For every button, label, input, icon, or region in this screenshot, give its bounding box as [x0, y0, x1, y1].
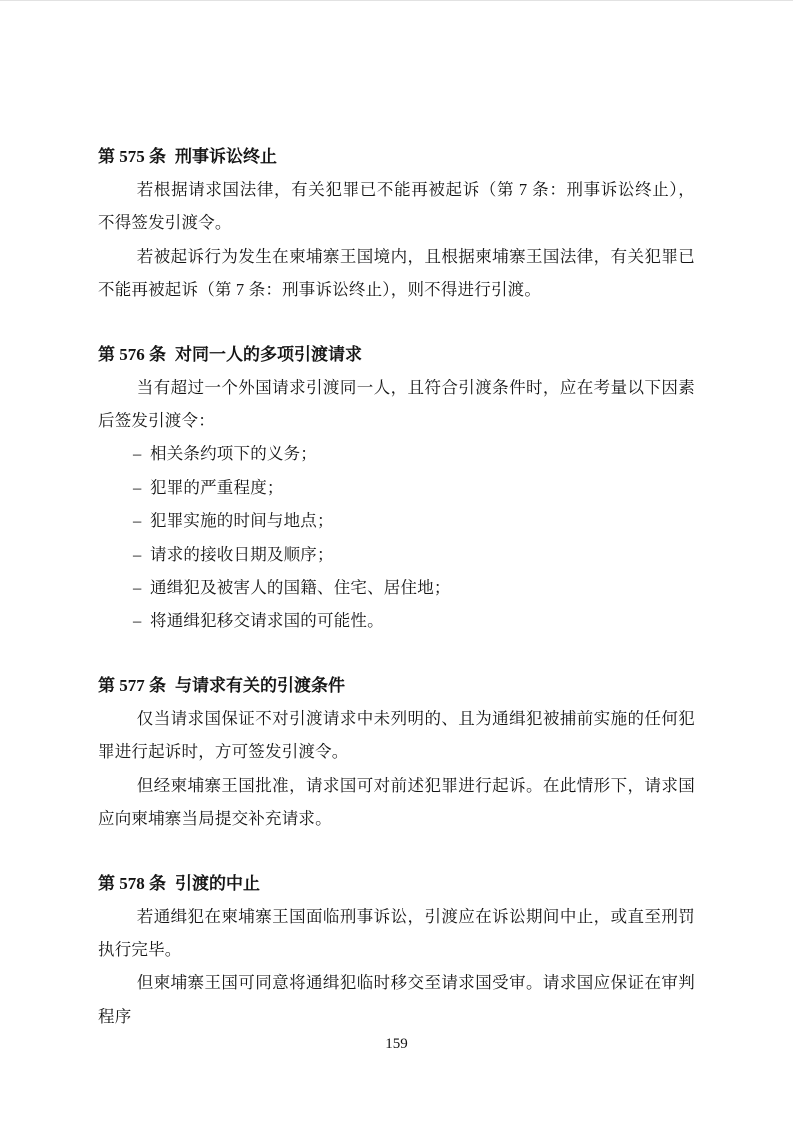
article-paragraph: 但柬埔寨王国可同意将通缉犯临时移交至请求国受审。请求国应保证在审判程序 — [98, 966, 695, 1033]
list-item: –通缉犯及被害人的国籍、住宅、居住地； — [98, 571, 695, 604]
article-title: 刑事诉讼终止 — [175, 147, 277, 166]
article-title: 引渡的中止 — [175, 874, 260, 893]
dash-bullet: – — [133, 604, 150, 637]
list-item: –相关条约项下的义务； — [98, 437, 695, 470]
article-578: 第 578 条引渡的中止 若通缉犯在柬埔寨王国面临刑事诉讼，引渡应在诉讼期间中止… — [98, 867, 695, 1034]
article-number: 第 575 条 — [98, 147, 166, 166]
dash-bullet: – — [133, 538, 150, 571]
article-575: 第 575 条刑事诉讼终止 若根据请求国法律，有关犯罪已不能再被起诉（第 7 条… — [98, 140, 695, 307]
dash-bullet: – — [133, 504, 150, 537]
article-title: 对同一人的多项引渡请求 — [175, 345, 362, 364]
list-item-text: 犯罪的严重程度； — [150, 478, 284, 497]
list-item: –犯罪的严重程度； — [98, 471, 695, 504]
article-paragraph: 若通缉犯在柬埔寨王国面临刑事诉讼，引渡应在诉讼期间中止，或直至刑罚执行完毕。 — [98, 900, 695, 967]
article-heading: 第 577 条与请求有关的引渡条件 — [98, 669, 695, 702]
dash-bullet: – — [133, 571, 150, 604]
article-number: 第 577 条 — [98, 676, 166, 695]
article-paragraph: 若根据请求国法律，有关犯罪已不能再被起诉（第 7 条：刑事诉讼终止），不得签发引… — [98, 173, 695, 240]
page-footer: 159 — [0, 1033, 793, 1055]
page-number: 159 — [385, 1036, 408, 1052]
article-number: 第 578 条 — [98, 874, 166, 893]
article-heading: 第 576 条对同一人的多项引渡请求 — [98, 338, 695, 371]
list-item-text: 请求的接收日期及顺序； — [150, 545, 334, 564]
article-paragraph: 仅当请求国保证不对引渡请求中未列明的、且为通缉犯被捕前实施的任何犯罪进行起诉时，… — [98, 702, 695, 769]
list-item: –犯罪实施的时间与地点； — [98, 504, 695, 537]
list-item-text: 通缉犯及被害人的国籍、住宅、居住地； — [150, 578, 451, 597]
article-577: 第 577 条与请求有关的引渡条件 仅当请求国保证不对引渡请求中未列明的、且为通… — [98, 669, 695, 836]
list-item-text: 犯罪实施的时间与地点； — [150, 511, 334, 530]
page-content: 第 575 条刑事诉讼终止 若根据请求国法律，有关犯罪已不能再被起诉（第 7 条… — [98, 140, 695, 1033]
article-heading: 第 578 条引渡的中止 — [98, 867, 695, 900]
article-number: 第 576 条 — [98, 345, 166, 364]
article-title: 与请求有关的引渡条件 — [175, 676, 345, 695]
document-page: 第 575 条刑事诉讼终止 若根据请求国法律，有关犯罪已不能再被起诉（第 7 条… — [0, 0, 793, 1122]
article-576: 第 576 条对同一人的多项引渡请求 当有超过一个外国请求引渡同一人，且符合引渡… — [98, 338, 695, 638]
article-paragraph: 当有超过一个外国请求引渡同一人，且符合引渡条件时，应在考量以下因素后签发引渡令： — [98, 371, 695, 438]
article-heading: 第 575 条刑事诉讼终止 — [98, 140, 695, 173]
factor-list: –相关条约项下的义务； –犯罪的严重程度； –犯罪实施的时间与地点； –请求的接… — [98, 437, 695, 637]
list-item: –请求的接收日期及顺序； — [98, 538, 695, 571]
list-item: –将通缉犯移交请求国的可能性。 — [98, 604, 695, 637]
list-item-text: 相关条约项下的义务； — [150, 444, 317, 463]
article-paragraph: 但经柬埔寨王国批准，请求国可对前述犯罪进行起诉。在此情形下，请求国应向柬埔寨当局… — [98, 769, 695, 836]
dash-bullet: – — [133, 437, 150, 470]
list-item-text: 将通缉犯移交请求国的可能性。 — [150, 611, 384, 630]
article-paragraph: 若被起诉行为发生在柬埔寨王国境内，且根据柬埔寨王国法律，有关犯罪已不能再被起诉（… — [98, 240, 695, 307]
dash-bullet: – — [133, 471, 150, 504]
